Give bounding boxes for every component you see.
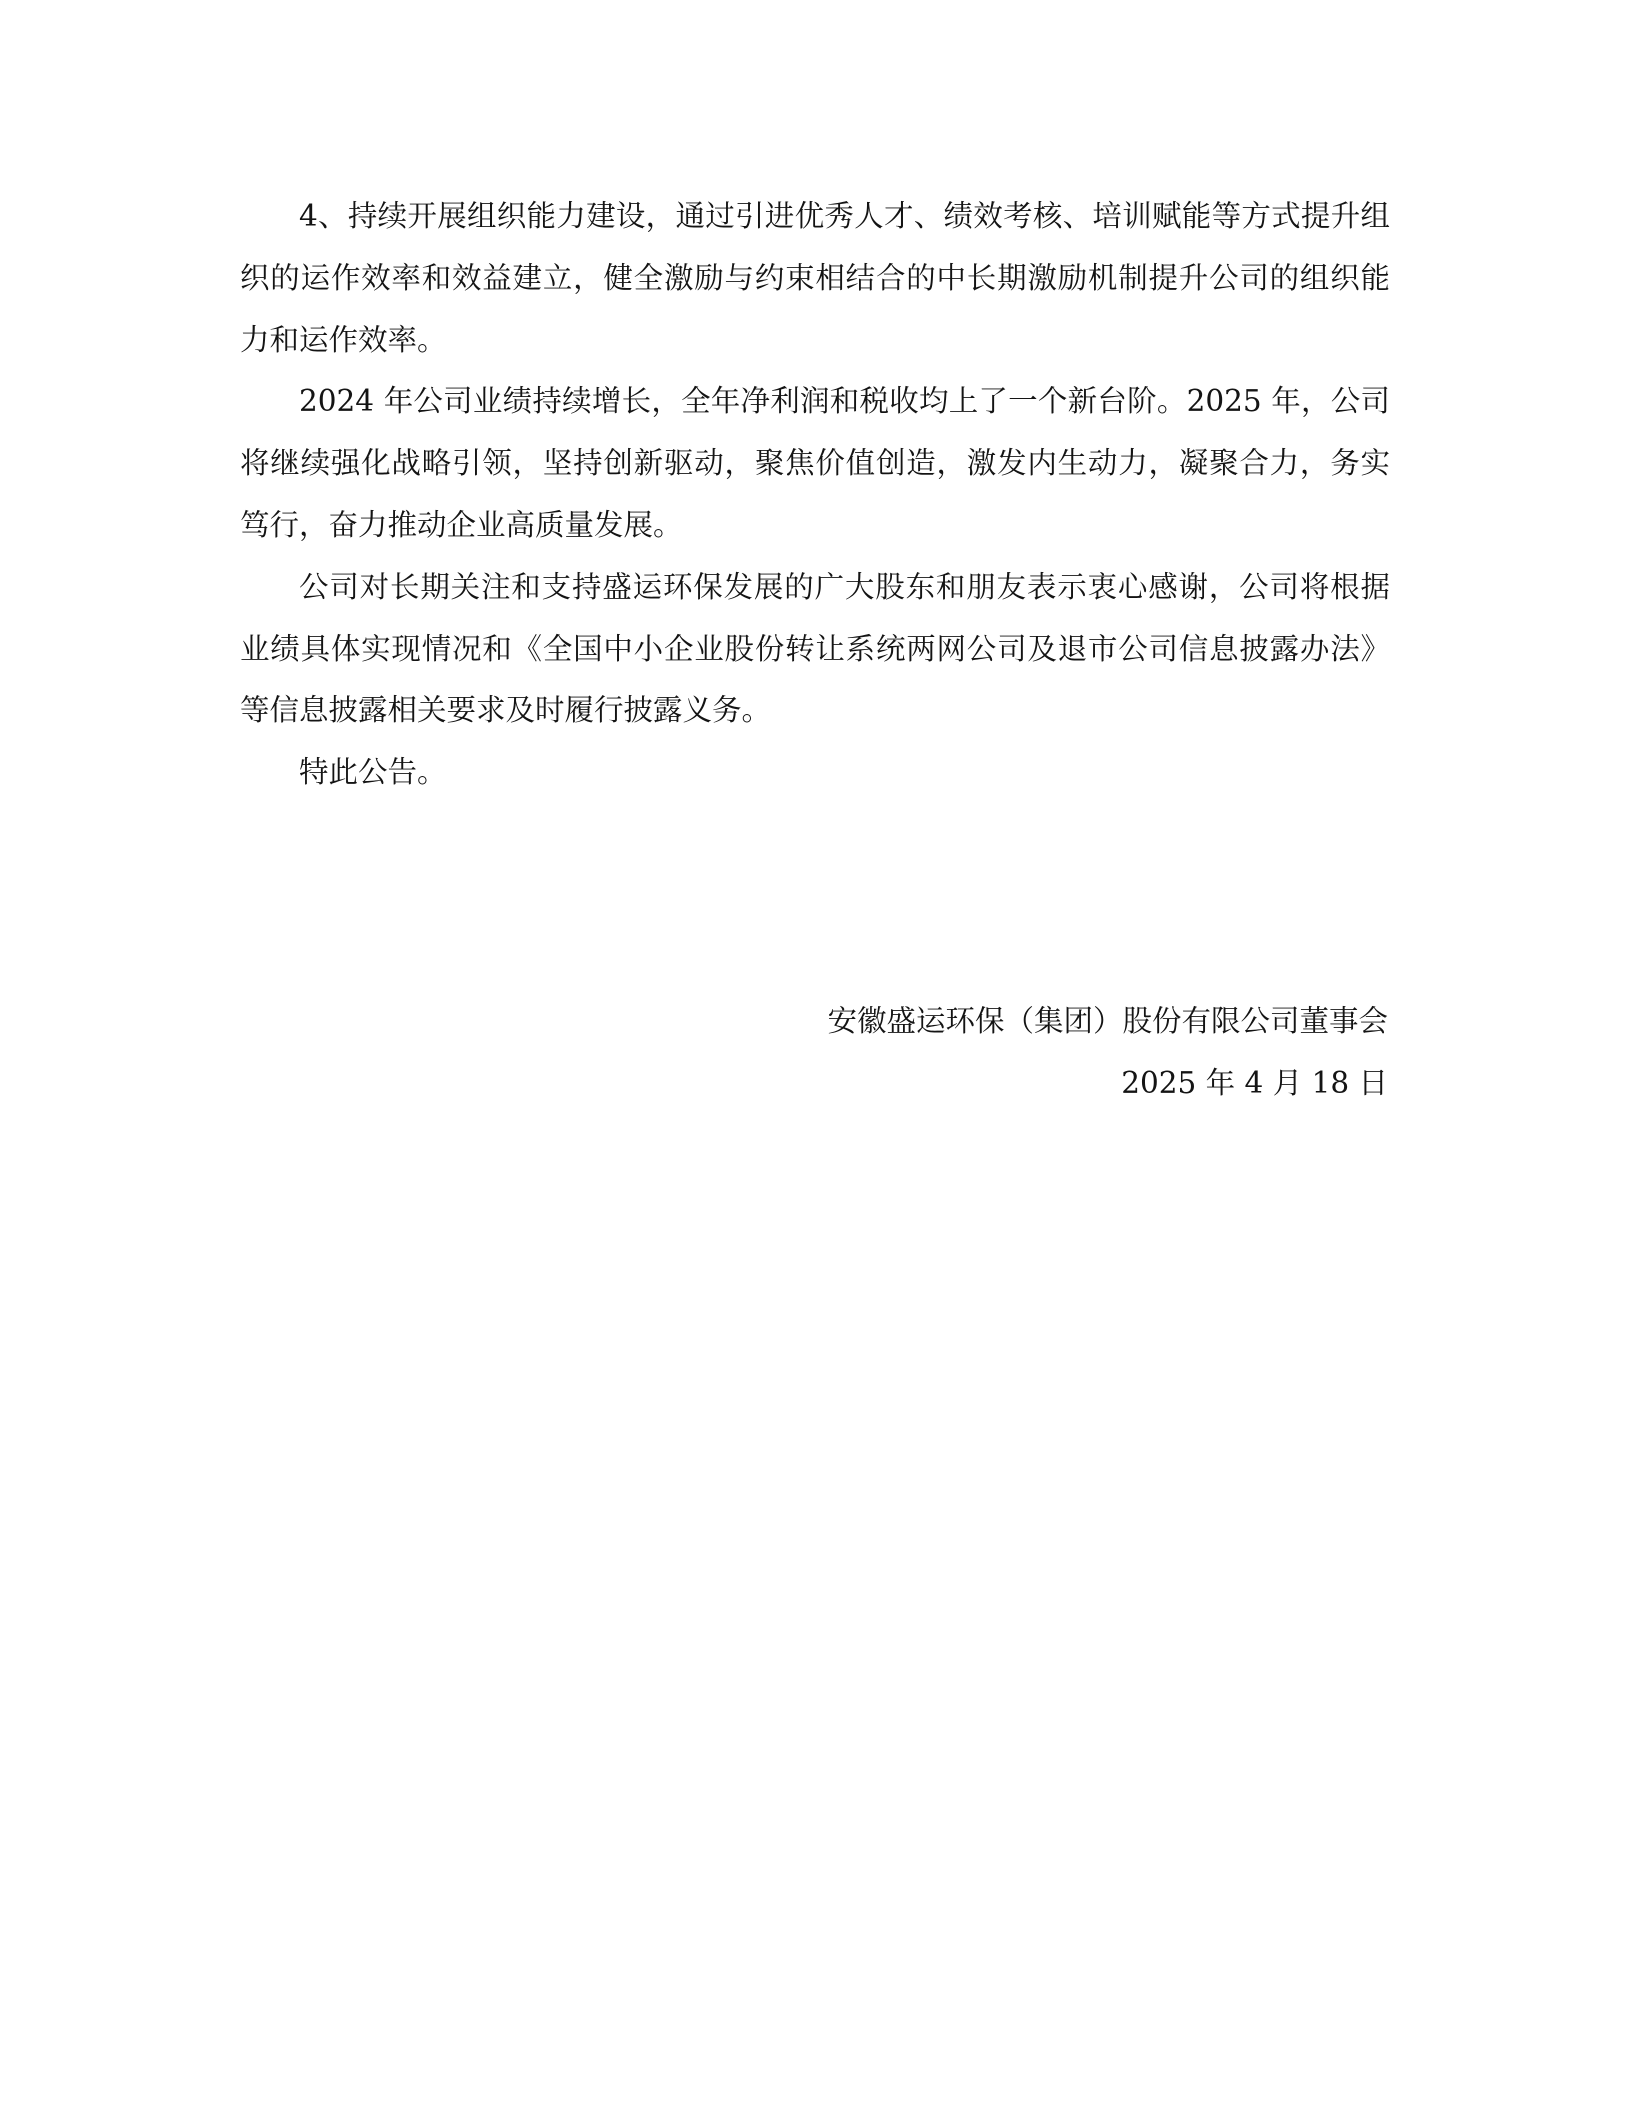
- paragraph-closing: 特此公告。: [240, 742, 1390, 804]
- document-body: 4、持续开展组织能力建设，通过引进优秀人才、绩效考核、培训赋能等方式提升组织的运…: [240, 186, 1390, 804]
- paragraph-organizational-capability: 4、持续开展组织能力建设，通过引进优秀人才、绩效考核、培训赋能等方式提升组织的运…: [240, 186, 1390, 371]
- signature-date: 2025 年 4 月 18 日: [827, 1052, 1388, 1114]
- signature-organization: 安徽盛运环保（集团）股份有限公司董事会: [827, 990, 1388, 1052]
- paragraph-acknowledgement: 公司对长期关注和支持盛运环保发展的广大股东和朋友表示衷心感谢，公司将根据业绩具体…: [240, 557, 1390, 742]
- signature-block: 安徽盛运环保（集团）股份有限公司董事会 2025 年 4 月 18 日: [827, 990, 1388, 1114]
- paragraph-performance-outlook: 2024 年公司业绩持续增长，全年净利润和税收均上了一个新台阶。2025 年，公…: [240, 371, 1390, 556]
- document-page: 4、持续开展组织能力建设，通过引进优秀人才、绩效考核、培训赋能等方式提升组织的运…: [0, 0, 1632, 2112]
